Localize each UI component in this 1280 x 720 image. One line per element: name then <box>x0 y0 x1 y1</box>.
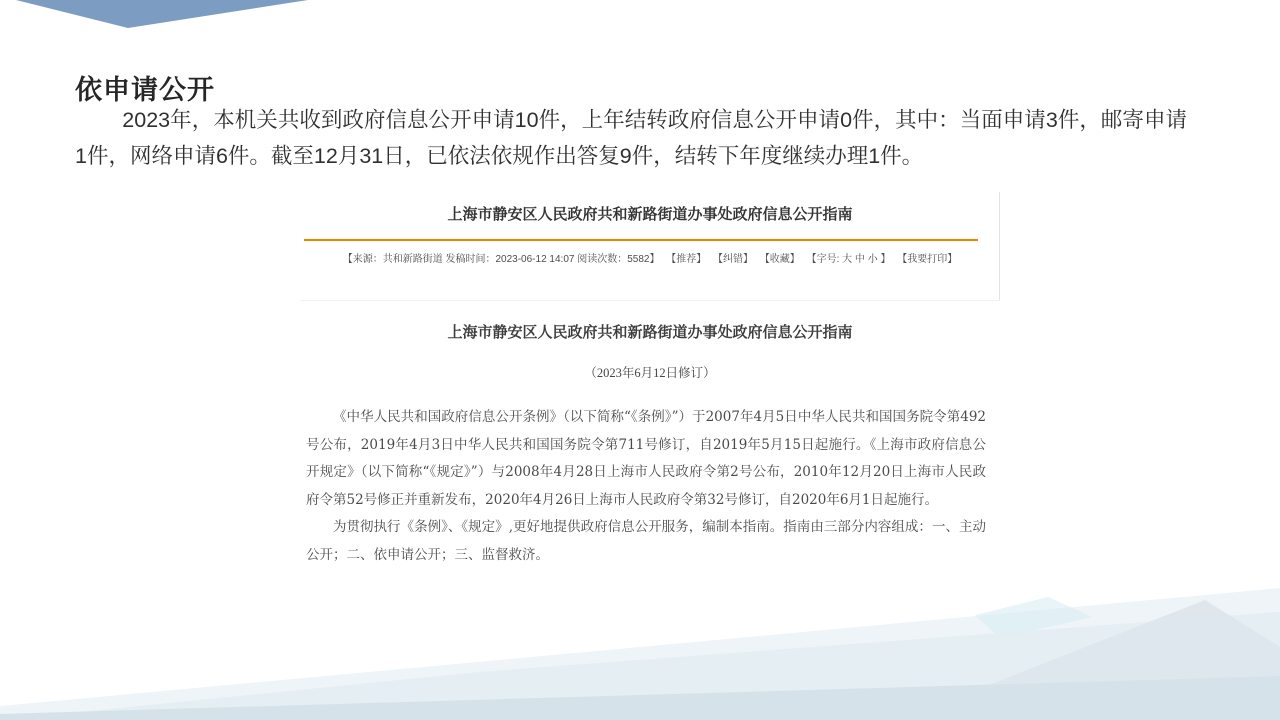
webpage-screenshot: 上海市静安区人民政府共和新路街道办事处政府信息公开指南 【来源：共和新路街道 发… <box>300 190 1000 608</box>
deco-peak <box>900 600 1280 720</box>
document-paragraph: 《中华人民共和国政府信息公开条例》（以下简称“《条例》”）于2007年4月5日中… <box>306 404 986 514</box>
header-divider <box>300 300 1000 301</box>
document-heading: 上海市静安区人民政府共和新路街道办事处政府信息公开指南 <box>300 321 1000 342</box>
document-body: 《中华人民共和国政府信息公开条例》（以下简称“《条例》”）于2007年4月5日中… <box>306 404 986 569</box>
print-link[interactable]: 【我要打印】 <box>897 254 957 265</box>
orange-divider <box>304 239 978 241</box>
webpage-title: 上海市静安区人民政府共和新路街道办事处政府信息公开指南 <box>300 203 1000 224</box>
document-revision-date: （2023年6月12日修订） <box>300 363 1000 381</box>
error-report-link[interactable]: 【纠错】 <box>713 254 753 265</box>
intro-paragraph: 2023年，本机关共收到政府信息公开申请10件，上年结转政府信息公开申请0件，其… <box>75 102 1187 174</box>
article-meta-bar: 【来源：共和新路街道 发稿时间：2023-06-12 14:07 阅读次数：55… <box>300 250 1000 265</box>
meta-source-info: 【来源：共和新路街道 发稿时间：2023-06-12 14:07 阅读次数：55… <box>343 254 660 265</box>
deco-band-bottom <box>0 676 1280 720</box>
corner-triangle-shape <box>16 0 308 28</box>
slide: 依申请公开 2023年，本机关共收到政府信息公开申请10件，上年结转政府信息公开… <box>0 0 1280 720</box>
recommend-link[interactable]: 【推荐】 <box>666 254 706 265</box>
favorite-link[interactable]: 【收藏】 <box>760 254 800 265</box>
font-size-control[interactable]: 【字号: 大 中 小 】 <box>807 254 891 265</box>
document-paragraph: 为贯彻执行《条例》、《规定》,更好地提供政府信息公开服务，编制本指南。指南由三部… <box>306 514 986 569</box>
deco-band-mid <box>0 612 1280 720</box>
